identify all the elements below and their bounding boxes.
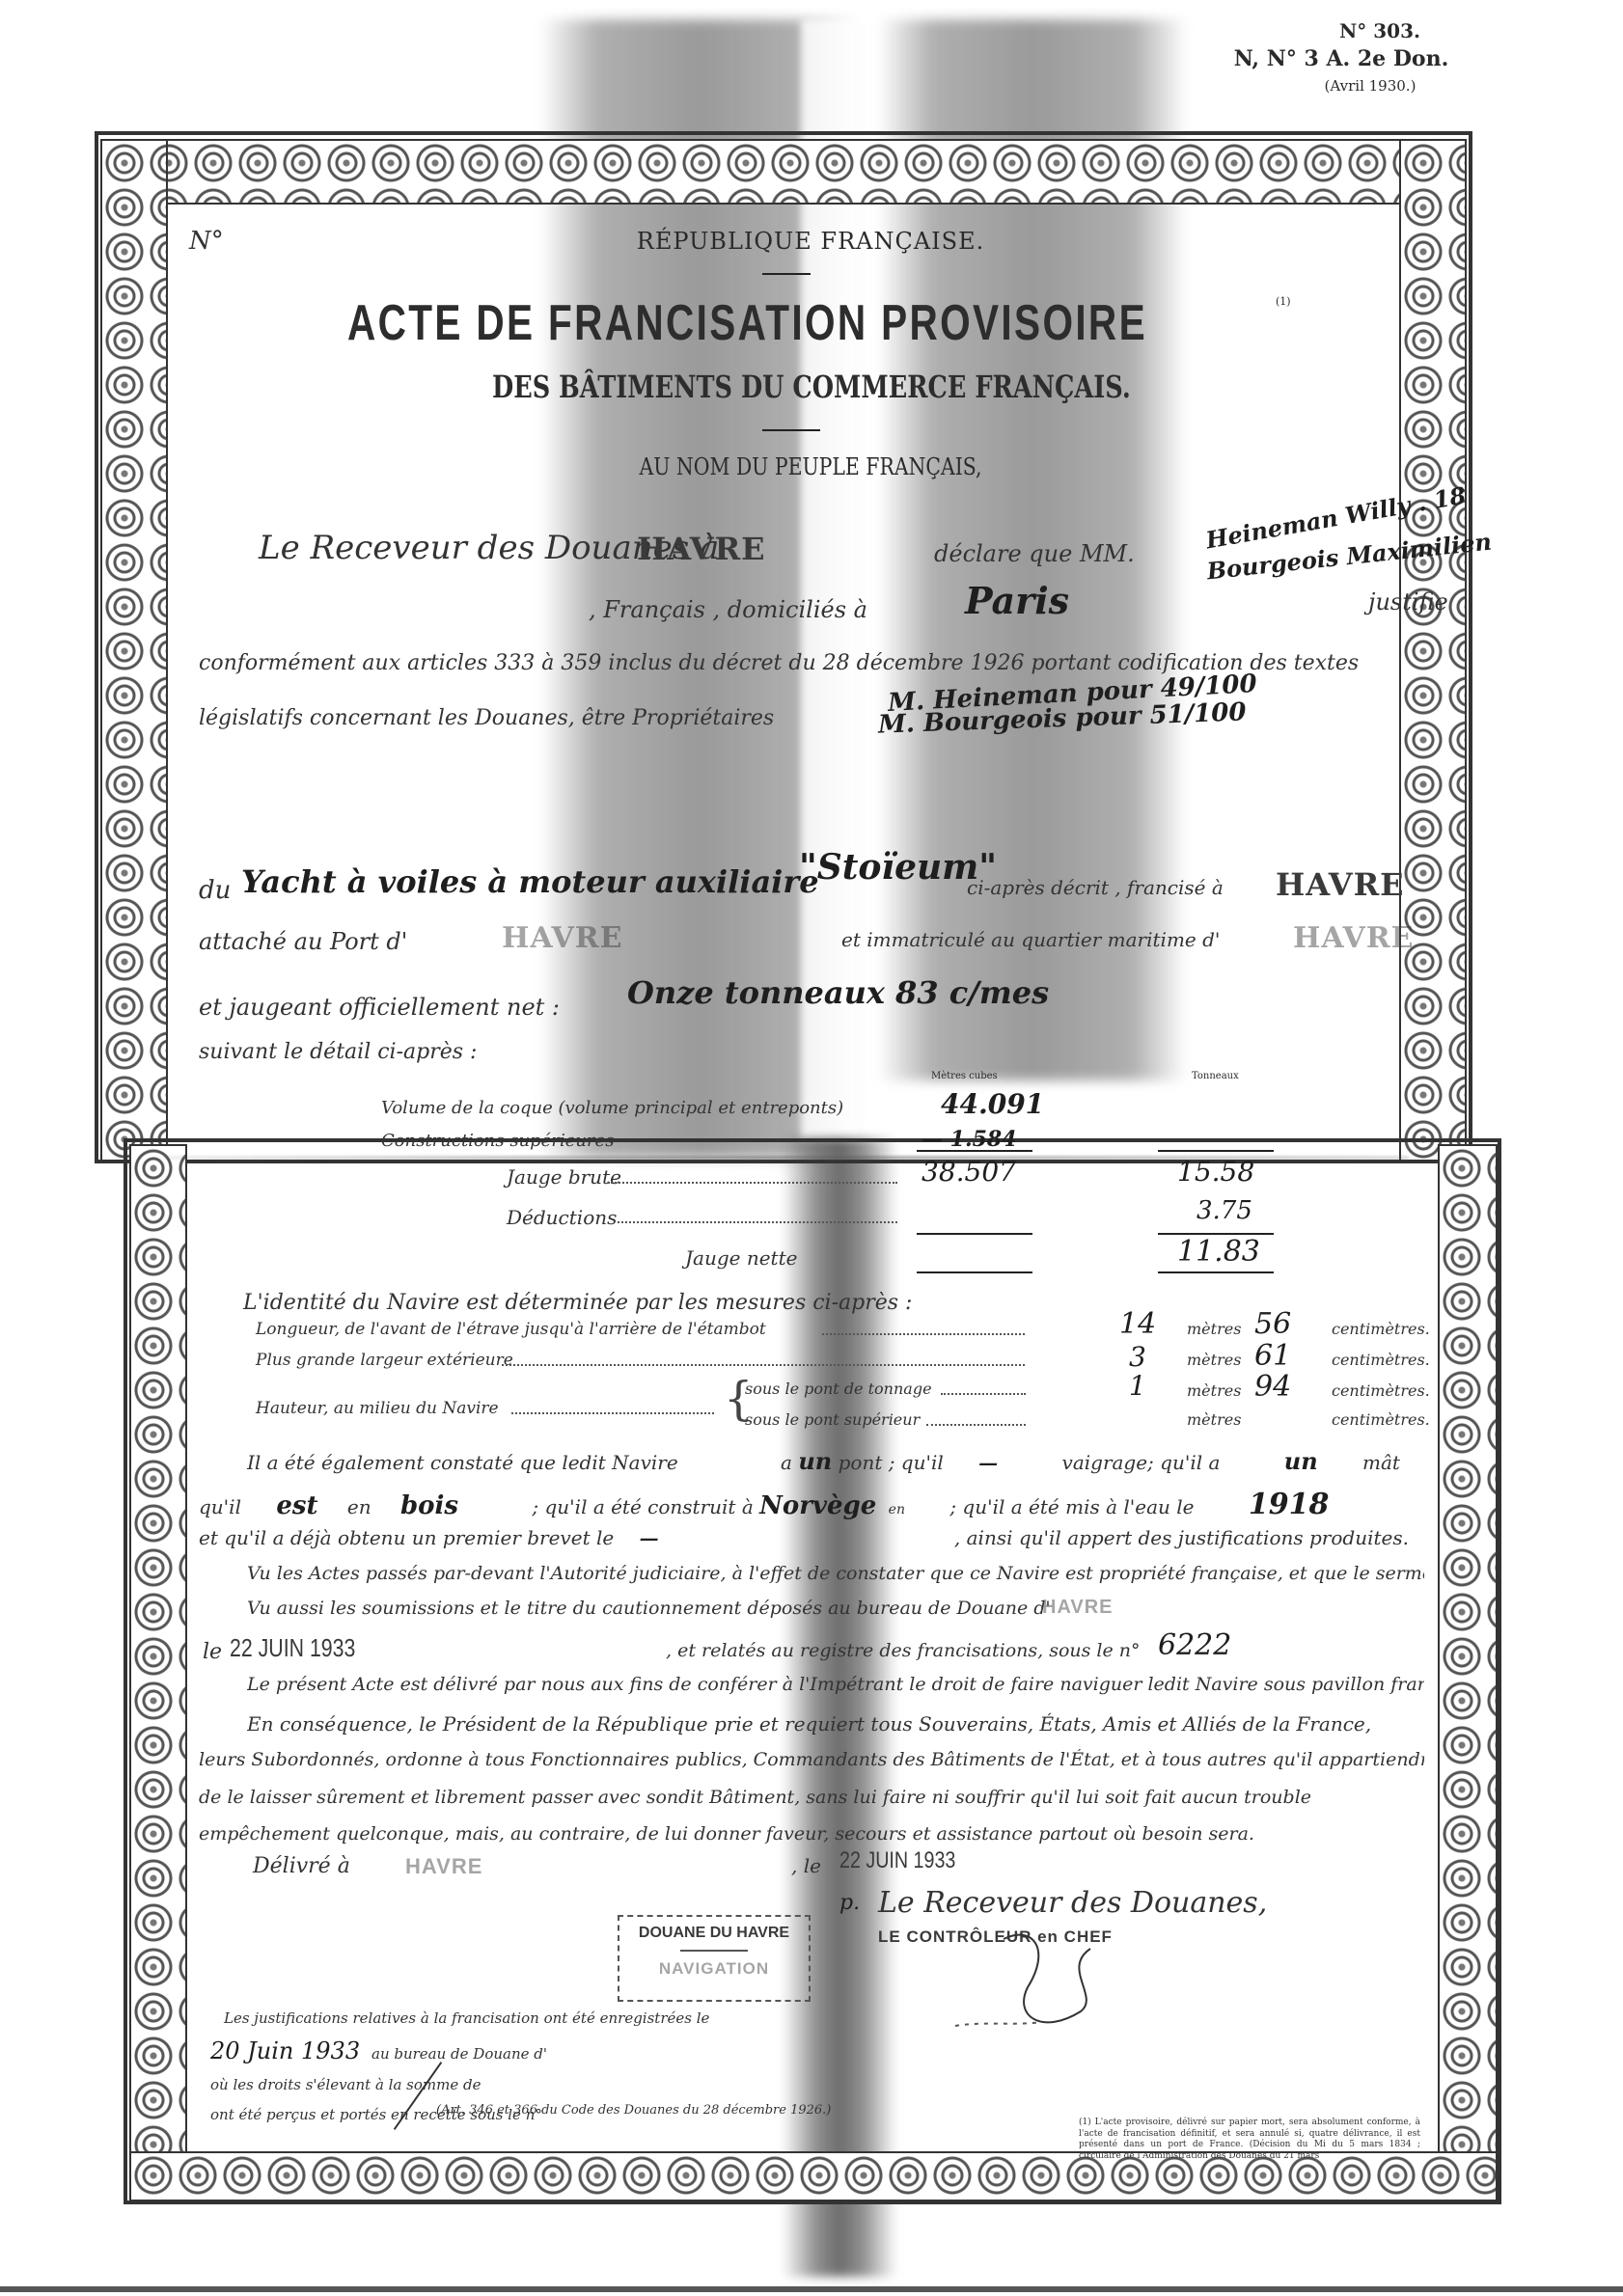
vu-date-stamp: 22 JUIN 1933 — [230, 1633, 355, 1663]
delivered-place-stamp: HAVRE — [405, 1854, 482, 1879]
tonnage-label: et jaugeant officiellement net : — [199, 994, 560, 1021]
findings-line-2: qu'il est en bois ; qu'il a été construi… — [199, 1488, 1329, 1521]
justification-line-2: au bureau de Douane d' — [371, 2045, 547, 2063]
declare-label: déclare que MM. — [934, 540, 1135, 567]
identity-intro: L'identité du Navire est déterminée par … — [243, 1291, 912, 1315]
table-row-label: Volume de la coque (volume principal et … — [381, 1098, 843, 1118]
identity-row-label: Hauteur, au milieu du Navire — [256, 1399, 499, 1418]
office-stamp-line-2: NAVIGATION — [619, 1959, 809, 1979]
table-row-cubic: 44.091 — [941, 1088, 1044, 1120]
attached-port-stamp: HAVRE — [502, 921, 623, 955]
signatory-pp: p. — [839, 1891, 860, 1915]
heading-divider — [762, 273, 811, 275]
signature-flourish-icon — [946, 1929, 1139, 2036]
identity-cm: 94 — [1254, 1370, 1291, 1404]
footnote: (1) L'acte provisoire, délivré sur papie… — [1079, 2118, 1420, 2163]
signature — [946, 1929, 1139, 2036]
attached-label: attaché au Port d' — [199, 928, 407, 955]
bottom-edge-line — [0, 2286, 1623, 2292]
identity-cm: 61 — [1254, 1339, 1291, 1373]
col-header-tons: Tonneaux — [1192, 1071, 1239, 1081]
table-row-cubic: — 1.584 — [922, 1127, 1017, 1152]
body-paragraph-2-line-3: de le laisser sûrement et librement pass… — [199, 1787, 1424, 1808]
office-stamp: DOUANE DU HAVRE NAVIGATION — [618, 1915, 811, 2002]
vu-register-label: , et relatés au registre des francisatio… — [666, 1640, 1141, 1661]
body-paragraph-1: Le présent Acte est délivré par nous aux… — [247, 1674, 1424, 1695]
tonnage-handwritten: Onze tonneaux 83 c/mes — [627, 974, 1049, 1011]
leader-dots — [608, 1182, 897, 1184]
title-block: ACTE DE FRANCISATION PROVISOIRE — [347, 294, 1312, 352]
leader-dots — [502, 1364, 1025, 1366]
findings-line-3: et qu'il a déjà obtenu un premier brevet… — [199, 1526, 1409, 1549]
domicile-handwritten: Paris — [965, 579, 1069, 622]
subtitle-divider — [762, 429, 820, 431]
delivered-label: Délivré à — [253, 1854, 350, 1878]
body-paragraph-2-line-4: empêchement quelconque, mais, au contrai… — [199, 1823, 1254, 1845]
identity-row-sub: sous le pont de tonnage — [745, 1380, 932, 1398]
delivered-date-prefix: , le — [791, 1854, 821, 1877]
leader-dots — [618, 1221, 897, 1223]
legal-basis-line-2: législatifs concernant les Douanes, être… — [199, 706, 774, 730]
form-edition: (Avril 1930.) — [1216, 77, 1467, 95]
col-header-cubic: Mètres cubes — [931, 1071, 998, 1081]
vessel-described-label: ci-après décrit , francisé à — [967, 876, 1224, 899]
form-code: N, N° 3 A. 2e Don. — [1216, 46, 1467, 71]
identity-row-sub: sous le pont supérieur — [745, 1410, 920, 1429]
cm-unit: centimètres. — [1332, 1320, 1430, 1338]
body-paragraph-2-line-1: En conséquence, le Président de la Répub… — [247, 1712, 1424, 1736]
upper-ornament-right — [1399, 139, 1467, 1162]
form-number: N° 303. — [1216, 19, 1467, 42]
form-reference: N° 303. N, N° 3 A. 2e Don. (Avril 1930.) — [1216, 19, 1467, 95]
identity-row-label: Longueur, de l'avant de l'étrave jusqu'à… — [256, 1320, 766, 1339]
justification-date: 20 Juin 1933 — [210, 2037, 360, 2064]
office-stamp-line-1: DOUANE DU HAVRE — [619, 1925, 809, 1942]
signatory-title: Le Receveur des Douanes, — [878, 1886, 1267, 1920]
identity-row-label: Plus grande largeur extérieure — [256, 1351, 513, 1370]
identity-cm: 56 — [1254, 1307, 1291, 1341]
upper-ornament-left — [100, 139, 168, 1162]
justification-line-1: Les justifications relatives à la franci… — [224, 2009, 709, 2027]
office-stamp-divider — [680, 1950, 748, 1952]
table-row-tons: 3.75 — [1197, 1196, 1252, 1225]
table-rule — [917, 1271, 1032, 1273]
metres-unit: mètres — [1187, 1410, 1241, 1429]
vu-line-1: Vu les Actes passés par-devant l'Autorit… — [247, 1563, 1424, 1584]
cm-unit: centimètres. — [1332, 1410, 1430, 1429]
metres-unit: mètres — [1187, 1351, 1241, 1369]
receveur-port-stamp: HAVRE — [637, 531, 766, 567]
table-rule — [917, 1150, 1032, 1152]
table-row-tons: 15.58 — [1177, 1156, 1254, 1188]
republic-heading: RÉPUBLIQUE FRANÇAISE. — [540, 228, 1081, 255]
article-reference: (Art. 346 et 366 du Code des Douanes du … — [436, 2103, 831, 2118]
document-subtitle: DES BÂTIMENTS DU COMMERCE FRANÇAIS. — [492, 369, 1168, 405]
identity-metres: 1 — [1129, 1370, 1146, 1402]
nationality-label: , Français , domiciliés à — [589, 596, 867, 623]
leader-dots — [941, 1393, 1026, 1395]
title-footnote-ref: (1) — [1276, 295, 1291, 308]
leader-dots — [926, 1424, 1026, 1426]
table-row-label: Jauge nette — [685, 1246, 797, 1270]
register-number: 6222 — [1158, 1628, 1231, 1662]
document-title: ACTE DE FRANCISATION PROVISOIRE — [347, 294, 1147, 352]
leader-dots — [822, 1333, 1025, 1335]
findings-line-1: Il a été également constaté que ledit Na… — [247, 1447, 1400, 1475]
metres-unit: mètres — [1187, 1381, 1241, 1400]
table-row-cubic: 38.507 — [922, 1156, 1016, 1188]
upper-ornament-top — [100, 139, 1467, 205]
vessel-prefix: du — [199, 876, 231, 905]
francise-port-stamp: HAVRE — [1276, 866, 1405, 903]
cm-unit: centimètres. — [1332, 1381, 1430, 1400]
lower-ornament-right — [1438, 1144, 1498, 2200]
registered-label: et immatriculé au quartier maritime d' — [841, 928, 1220, 951]
metres-unit: mètres — [1187, 1320, 1241, 1338]
table-rule — [917, 1233, 1032, 1235]
cm-unit: centimètres. — [1332, 1351, 1430, 1369]
registered-port-stamp: HAVRE — [1293, 921, 1415, 955]
vu-date-prefix: le — [203, 1640, 222, 1664]
invocation-heading: AU NOM DU PEUPLE FRANÇAIS, — [564, 453, 1057, 480]
table-row-tons: 11.83 — [1177, 1235, 1260, 1269]
table-row-label: Constructions supérieures — [381, 1131, 614, 1151]
leader-dots — [511, 1412, 714, 1414]
detail-label: suivant le détail ci-après : — [199, 1040, 477, 1064]
vessel-type-handwritten: Yacht à voiles à moteur auxiliaire — [241, 863, 819, 900]
justifie-label: justifie — [1368, 588, 1448, 615]
justification-line-3: où les droits s'élevant à la somme de — [210, 2076, 481, 2093]
number-label: N° — [189, 227, 224, 256]
table-row-label: Déductions — [507, 1206, 617, 1229]
lower-ornament-left — [129, 1144, 187, 2200]
delivered-date-stamp: 22 JUIN 1933 — [839, 1847, 955, 1874]
table-rule — [1158, 1150, 1274, 1152]
table-row-label: Jauge brute — [507, 1165, 621, 1189]
body-paragraph-2-line-2: leurs Subordonnés, ordonne à tous Foncti… — [199, 1749, 1424, 1770]
vu-line-2: Vu aussi les soumissions et le titre du … — [247, 1598, 1051, 1619]
identity-metres: 14 — [1119, 1307, 1156, 1341]
table-rule — [1158, 1271, 1274, 1273]
identity-metres: 3 — [1129, 1341, 1146, 1373]
vu-office-stamp: HAVRE — [1042, 1597, 1114, 1619]
